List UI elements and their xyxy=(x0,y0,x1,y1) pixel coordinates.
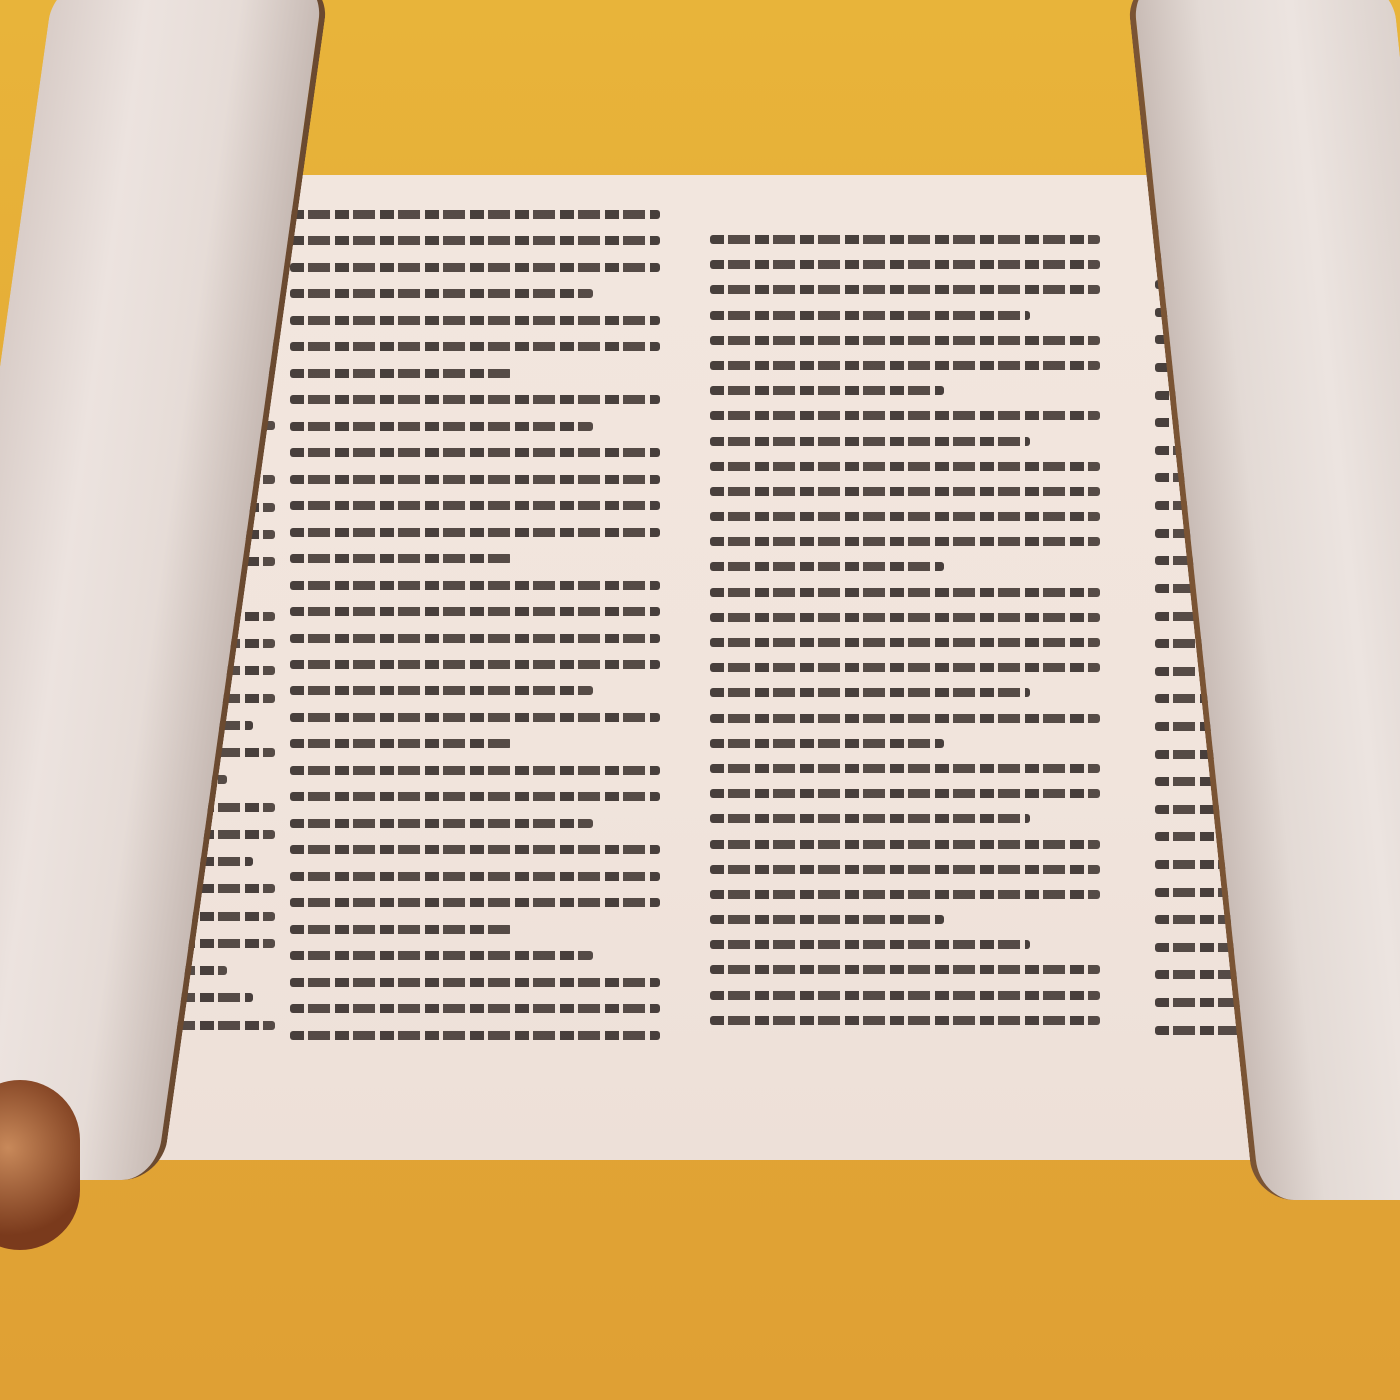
script-line xyxy=(710,512,1100,521)
script-line xyxy=(290,607,660,616)
script-line xyxy=(710,537,1100,546)
script-line xyxy=(290,1004,660,1013)
script-line xyxy=(710,840,1100,849)
left-roller-handle xyxy=(0,1080,80,1250)
script-line xyxy=(710,386,944,395)
script-line xyxy=(290,713,660,722)
script-line xyxy=(710,336,1100,345)
script-line xyxy=(710,965,1100,974)
script-line xyxy=(710,865,1100,874)
script-line xyxy=(290,978,660,987)
script-line xyxy=(290,263,660,272)
script-line xyxy=(290,289,593,298)
script-line xyxy=(290,819,593,828)
script-line xyxy=(290,845,660,854)
script-line xyxy=(710,285,1100,294)
script-line xyxy=(290,1031,660,1040)
script-line xyxy=(710,235,1100,244)
script-line xyxy=(710,638,1100,647)
script-line xyxy=(290,925,512,934)
script-line xyxy=(710,311,1030,320)
script-line xyxy=(290,448,660,457)
script-line xyxy=(710,915,944,924)
script-line xyxy=(290,342,660,351)
script-line xyxy=(710,462,1100,471)
script-line xyxy=(710,260,1100,269)
script-line xyxy=(710,789,1100,798)
script-line xyxy=(290,660,660,669)
script-line xyxy=(290,634,660,643)
script-line xyxy=(710,437,1030,446)
script-line xyxy=(290,792,660,801)
scroll-photo: Open parchment scroll with columns of ha… xyxy=(0,0,1400,1400)
script-line xyxy=(290,210,660,219)
script-line xyxy=(290,316,660,325)
script-line xyxy=(290,501,660,510)
script-line xyxy=(710,739,944,748)
script-line xyxy=(710,613,1100,622)
script-line xyxy=(710,940,1030,949)
script-line xyxy=(710,663,1100,672)
text-column-1 xyxy=(290,210,660,1040)
script-line xyxy=(290,554,512,563)
script-line xyxy=(710,1016,1100,1025)
script-line xyxy=(710,991,1100,1000)
script-line xyxy=(290,369,512,378)
script-line xyxy=(710,764,1100,773)
script-line xyxy=(290,236,660,245)
script-line xyxy=(710,688,1030,697)
script-line xyxy=(290,898,660,907)
script-line xyxy=(290,581,660,590)
text-column-2 xyxy=(710,235,1100,1025)
script-line xyxy=(710,411,1100,420)
script-line xyxy=(290,686,593,695)
script-line xyxy=(710,814,1030,823)
script-line xyxy=(290,951,593,960)
script-line xyxy=(290,475,660,484)
script-line xyxy=(710,714,1100,723)
script-line xyxy=(290,766,660,775)
script-line xyxy=(710,588,1100,597)
script-line xyxy=(290,422,593,431)
script-line xyxy=(290,395,660,404)
script-line xyxy=(290,872,660,881)
script-line xyxy=(710,890,1100,899)
script-line xyxy=(710,562,944,571)
script-line xyxy=(290,528,660,537)
script-line xyxy=(710,487,1100,496)
script-line xyxy=(290,739,512,748)
script-line xyxy=(710,361,1100,370)
